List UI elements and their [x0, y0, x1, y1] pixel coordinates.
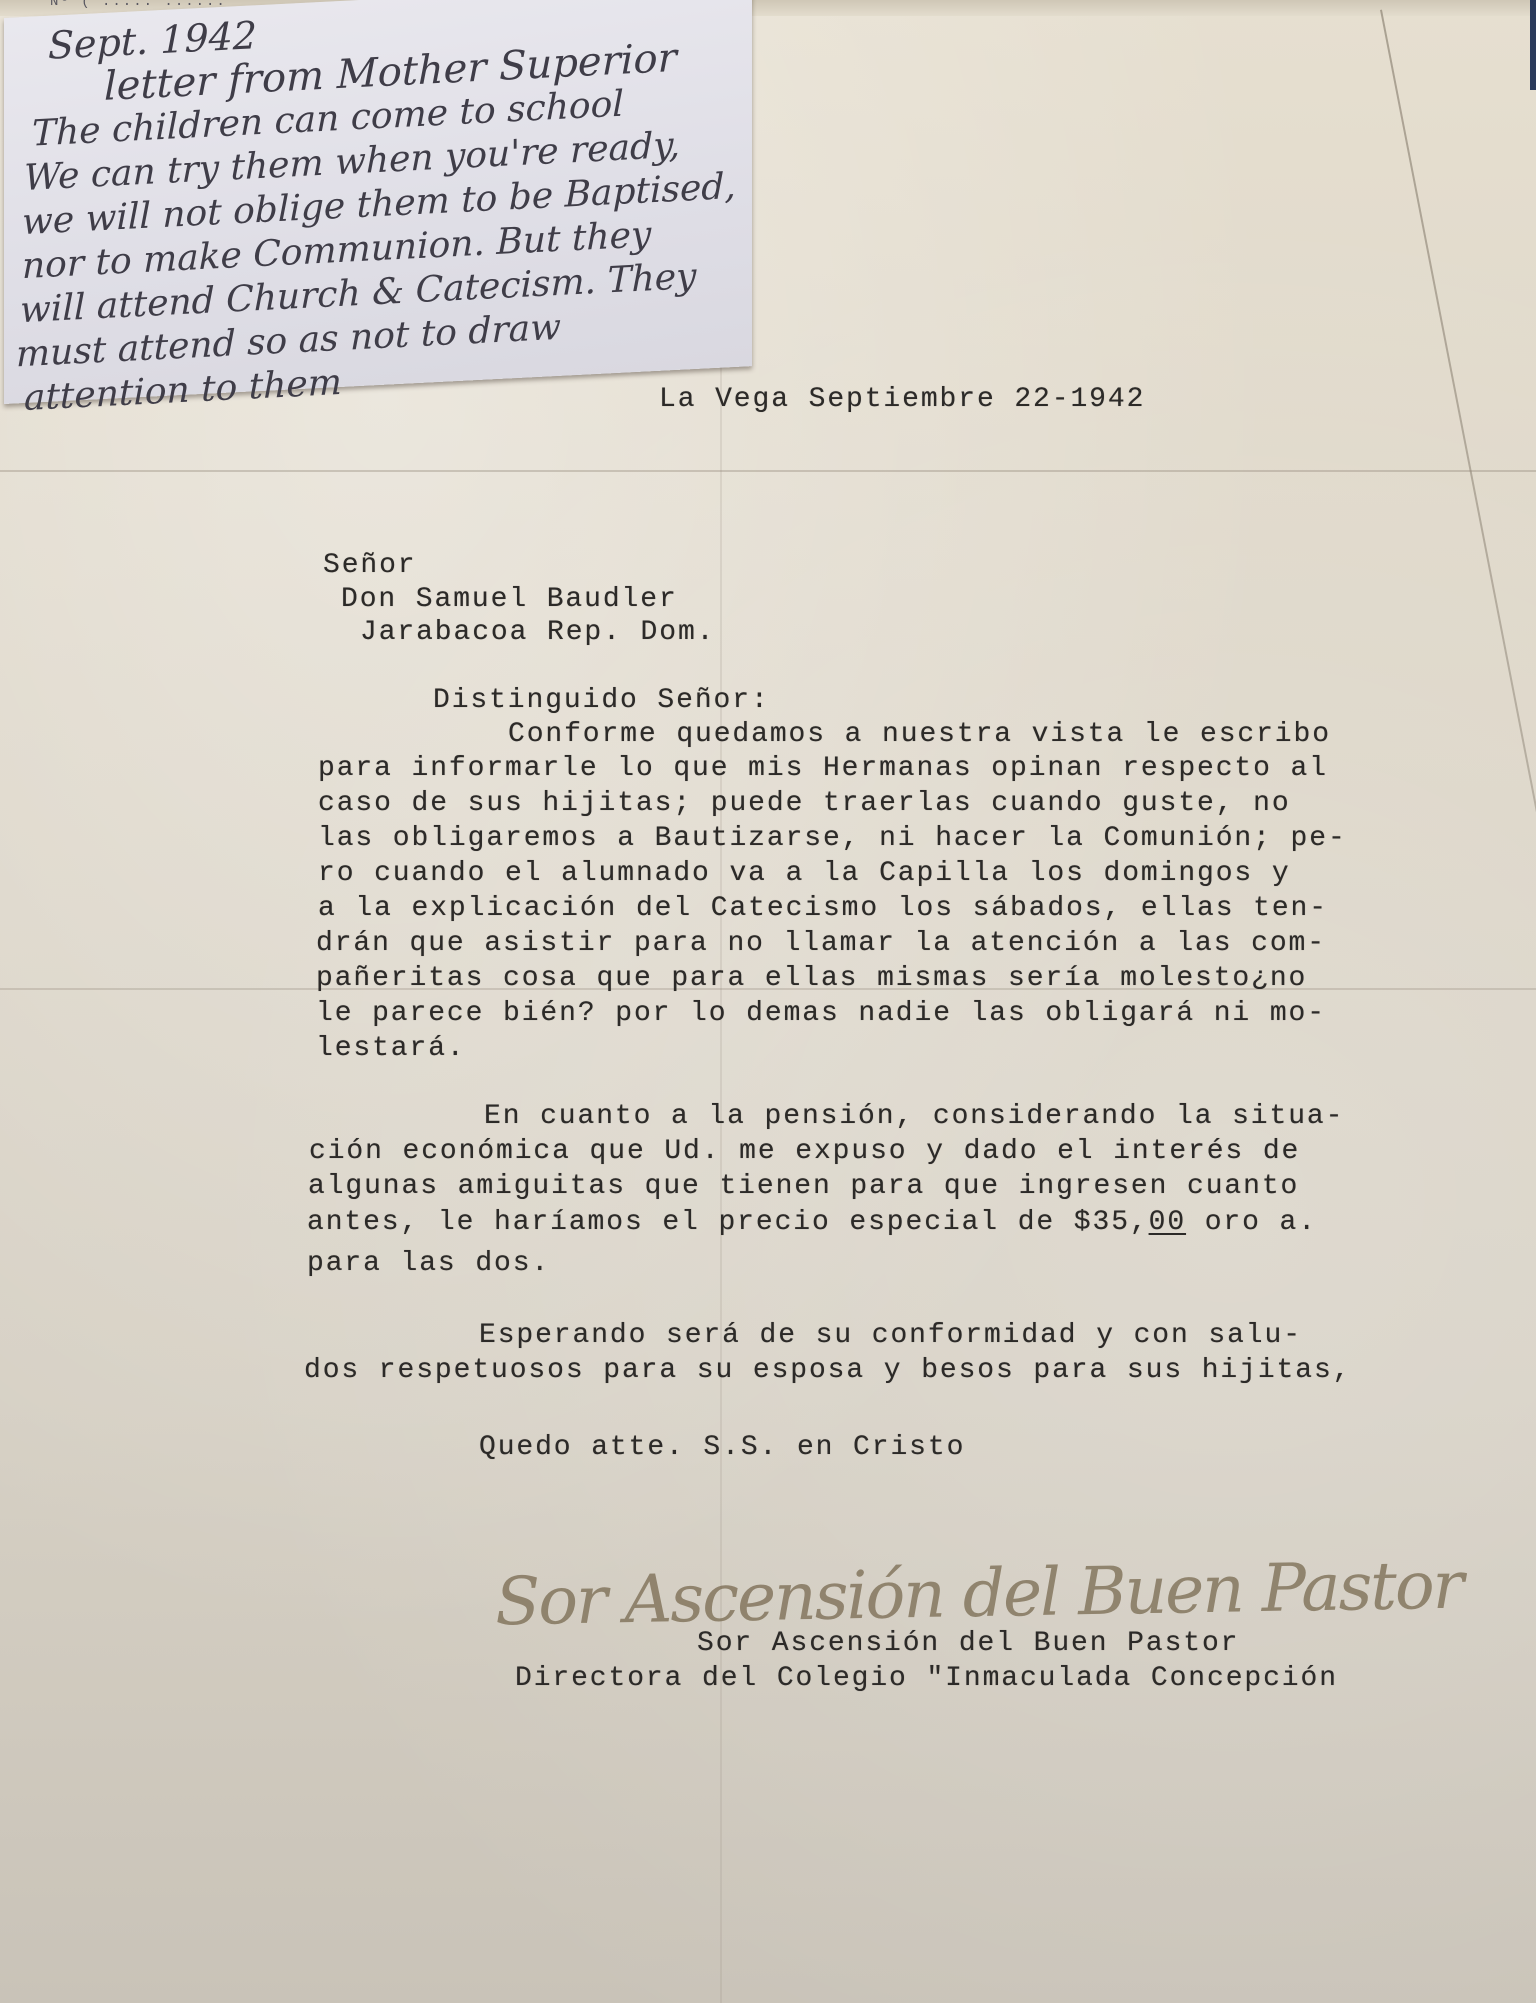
paragraph-line: caso de sus hijitas; puede traerlas cuan…: [318, 786, 1291, 821]
price-cents: 00: [1149, 1207, 1186, 1238]
closing: Quedo atte. S.S. en Cristo: [479, 1430, 965, 1465]
paragraph-line: En cuanto a la pensión, considerando la …: [484, 1099, 1344, 1134]
paragraph-line: drán que asistir para no llamar la atenc…: [316, 926, 1326, 961]
paragraph-line: algunas amiguitas que tienen para que in…: [308, 1169, 1299, 1204]
paragraph-line: a la explicación del Catecismo los sábad…: [318, 891, 1328, 926]
paragraph-line: Esperando será de su conformidad y con s…: [479, 1318, 1302, 1353]
date-line: La Vega Septiembre 22-1942: [659, 382, 1145, 417]
paragraph-line: para informarle lo que mis Hermanas opin…: [318, 751, 1328, 786]
paragraph-line: lestará.: [316, 1031, 466, 1066]
paragraph-line: le parece bién? por lo demas nadie las o…: [316, 996, 1326, 1031]
signer-title: Directora del Colegio "Inmaculada Concep…: [515, 1661, 1338, 1696]
address-title: Señor: [323, 548, 417, 583]
background-edge: [1530, 0, 1536, 90]
paragraph-line: las obligaremos a Bautizarse, ni hacer l…: [318, 821, 1347, 856]
price-line-text: antes, le haríamos el precio especial de…: [307, 1207, 1149, 1238]
paragraph-line: para las dos.: [307, 1246, 550, 1281]
paragraph-line: ción económica que Ud. me expuso y dado …: [309, 1134, 1300, 1169]
paragraph-line: Conforme quedamos a nuestra vista le esc…: [508, 717, 1331, 752]
paragraph-line: ro cuando el alumnado va a la Capilla lo…: [318, 856, 1291, 891]
paragraph-line: antes, le haríamos el precio especial de…: [307, 1205, 1317, 1240]
greeting: Distinguido Señor:: [433, 683, 770, 718]
handwritten-note: Sept. 1942 letter from Mother Superior T…: [4, 0, 752, 404]
paper-crease: [0, 470, 1536, 472]
price-suffix: oro a.: [1186, 1207, 1317, 1238]
letter-page: Nº ( ..... ...... Sept. 1942 letter from…: [0, 0, 1536, 2003]
paper-fold-line: [1380, 10, 1536, 1974]
paragraph-line: pañeritas cosa que para ellas mismas ser…: [316, 961, 1307, 996]
address-location: Jarabacoa Rep. Dom.: [360, 615, 715, 650]
paragraph-line: dos respetuosos para su esposa y besos p…: [304, 1353, 1351, 1388]
address-name: Don Samuel Baudler: [341, 582, 678, 617]
signer-name: Sor Ascensión del Buen Pastor: [697, 1626, 1239, 1661]
